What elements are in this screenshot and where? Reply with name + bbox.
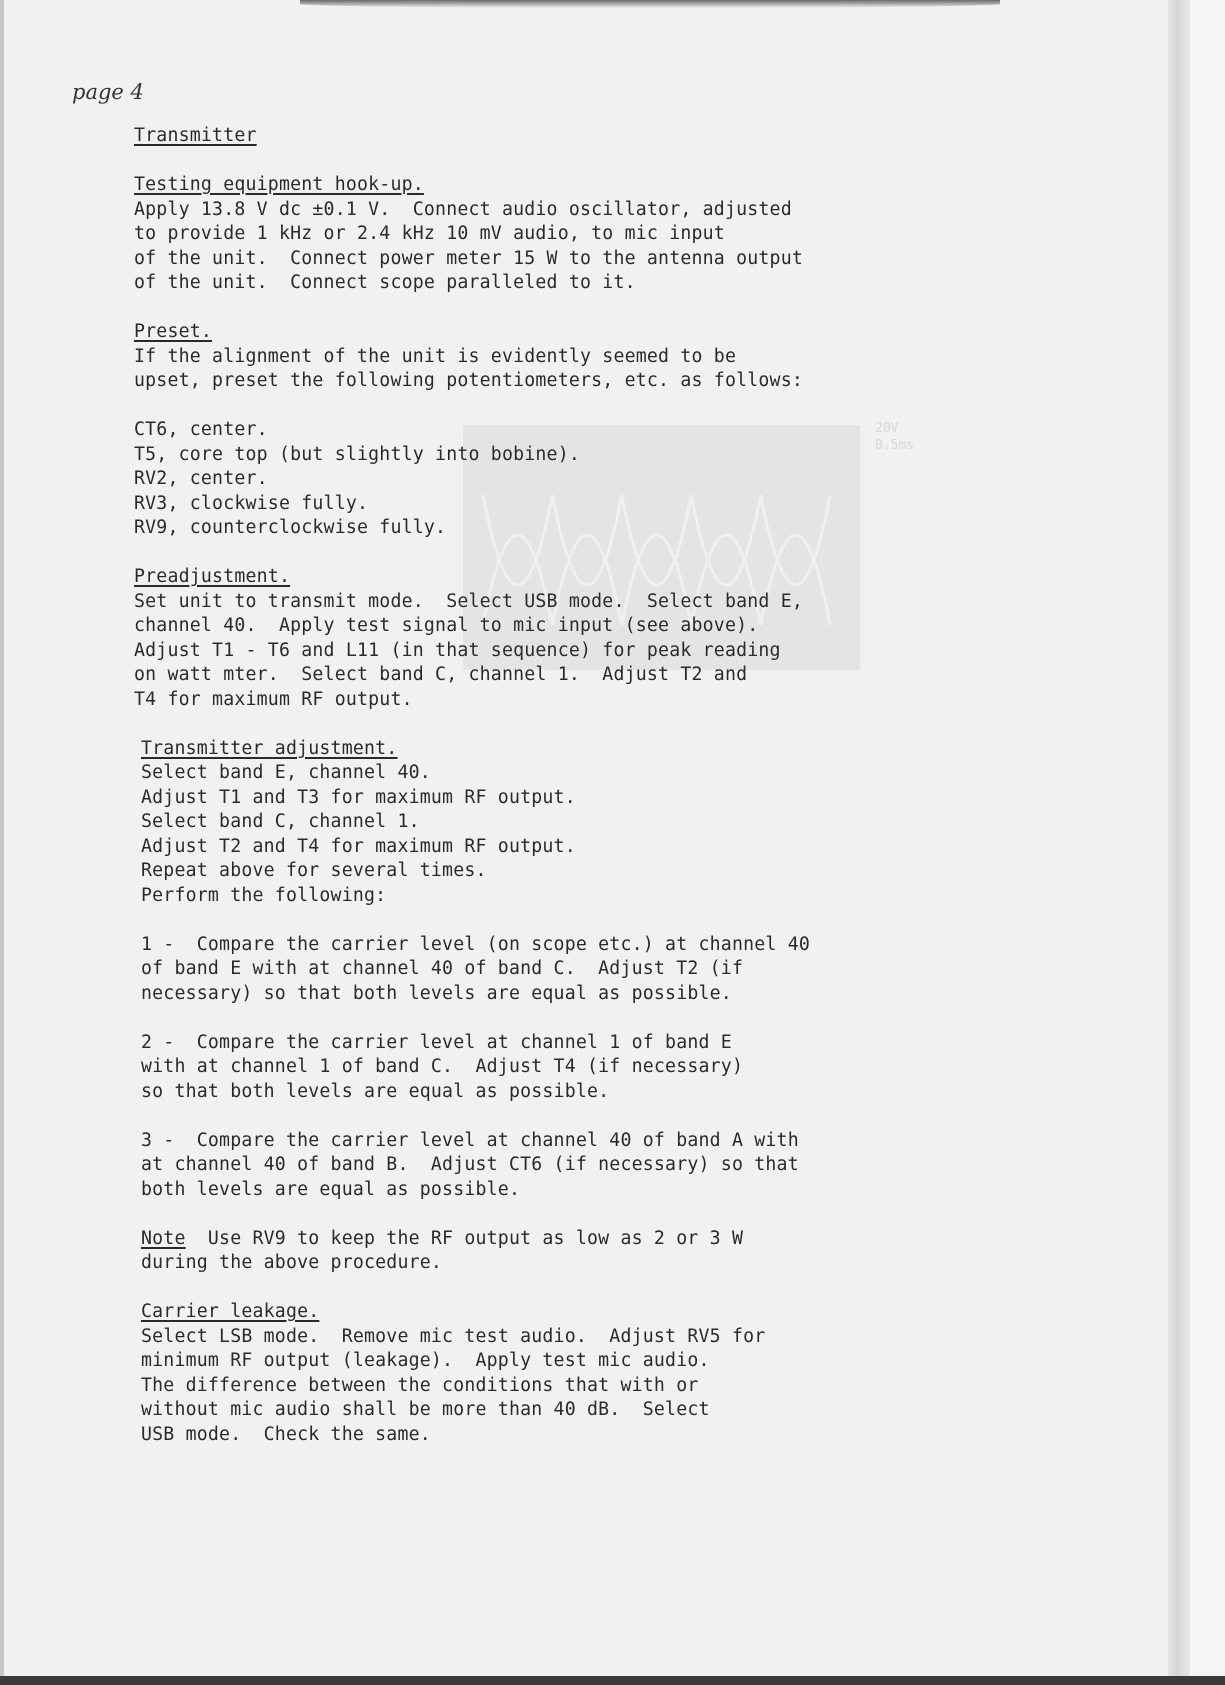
page-left-edge <box>0 0 4 1685</box>
step-line: 1 - Compare the carrier level (on scope … <box>141 933 894 958</box>
step-line: with at channel 1 of band C. Adjust T4 (… <box>141 1055 894 1080</box>
note-text: Use RV9 to keep the RF output as low as … <box>186 1228 744 1249</box>
heading-carrier-leakage: Carrier leakage. <box>141 1300 894 1325</box>
paragraph-line: USB mode. Check the same. <box>141 1423 894 1448</box>
step-line: both levels are equal as possible. <box>141 1178 894 1203</box>
paragraph-line: of the unit. Connect scope paralleled to… <box>134 271 894 296</box>
paragraph-line: Apply 13.8 V dc ±0.1 V. Connect audio os… <box>134 198 894 223</box>
paragraph-line: Adjust T1 - T6 and L11 (in that sequence… <box>134 639 894 664</box>
note: Note Use RV9 to keep the RF output as lo… <box>141 1227 894 1252</box>
heading-preadjustment: Preadjustment. <box>134 565 894 590</box>
paragraph-line: The difference between the conditions th… <box>141 1374 894 1399</box>
scanned-page: 20V 0.5ms page 4 Transmitter Testing equ… <box>0 0 1180 1685</box>
note-line: during the above procedure. <box>141 1251 894 1276</box>
paragraph-line: channel 40. Apply test signal to mic inp… <box>134 614 894 639</box>
section-title-transmitter: Transmitter <box>134 124 894 149</box>
paragraph-line: Perform the following: <box>141 884 894 909</box>
preset-item: CT6, center. <box>134 418 894 443</box>
page-fold-edge <box>1168 0 1190 1685</box>
paragraph-line: Repeat above for several times. <box>141 859 894 884</box>
document-body: Transmitter Testing equipment hook-up. A… <box>134 124 894 1447</box>
paragraph-line: Select band C, channel 1. <box>141 810 894 835</box>
paragraph-line: minimum RF output (leakage). Apply test … <box>141 1349 894 1374</box>
paragraph-line: upset, preset the following potentiomete… <box>134 369 894 394</box>
scan-right-margin <box>1190 0 1225 1685</box>
heading-preset: Preset. <box>134 320 894 345</box>
step-2: 2 - Compare the carrier level at channel… <box>141 1031 894 1105</box>
step-line: of band E with at channel 40 of band C. … <box>141 957 894 982</box>
page-number: page 4 <box>72 80 144 104</box>
step-line: 3 - Compare the carrier level at channel… <box>141 1129 894 1154</box>
scan-top-shadow <box>300 0 1000 8</box>
paragraph-line: Select band E, channel 40. <box>141 761 894 786</box>
step-line: 2 - Compare the carrier level at channel… <box>141 1031 894 1056</box>
heading-transmitter-adjustment: Transmitter adjustment. <box>141 737 894 762</box>
paragraph-line: T4 for maximum RF output. <box>134 688 894 713</box>
preset-item: RV3, clockwise fully. <box>134 492 894 517</box>
preset-item: RV2, center. <box>134 467 894 492</box>
note-label: Note <box>141 1228 186 1249</box>
step-line: so that both levels are equal as possibl… <box>141 1080 894 1105</box>
step-1: 1 - Compare the carrier level (on scope … <box>141 933 894 1007</box>
paragraph-line: Set unit to transmit mode. Select USB mo… <box>134 590 894 615</box>
paragraph-line: If the alignment of the unit is evidentl… <box>134 345 894 370</box>
step-line: necessary) so that both levels are equal… <box>141 982 894 1007</box>
paragraph-line: of the unit. Connect power meter 15 W to… <box>134 247 894 272</box>
paragraph-line: without mic audio shall be more than 40 … <box>141 1398 894 1423</box>
heading-testing-equipment: Testing equipment hook-up. <box>134 173 894 198</box>
preset-item: RV9, counterclockwise fully. <box>134 516 894 541</box>
scan-bottom-border <box>0 1676 1225 1685</box>
paragraph-line: Select LSB mode. Remove mic test audio. … <box>141 1325 894 1350</box>
step-3: 3 - Compare the carrier level at channel… <box>141 1129 894 1203</box>
preset-item: T5, core top (but slightly into bobine). <box>134 443 894 468</box>
paragraph-line: Adjust T1 and T3 for maximum RF output. <box>141 786 894 811</box>
paragraph-line: Adjust T2 and T4 for maximum RF output. <box>141 835 894 860</box>
paragraph-line: to provide 1 kHz or 2.4 kHz 10 mV audio,… <box>134 222 894 247</box>
paragraph-line: on watt mter. Select band C, channel 1. … <box>134 663 894 688</box>
step-line: at channel 40 of band B. Adjust CT6 (if … <box>141 1153 894 1178</box>
